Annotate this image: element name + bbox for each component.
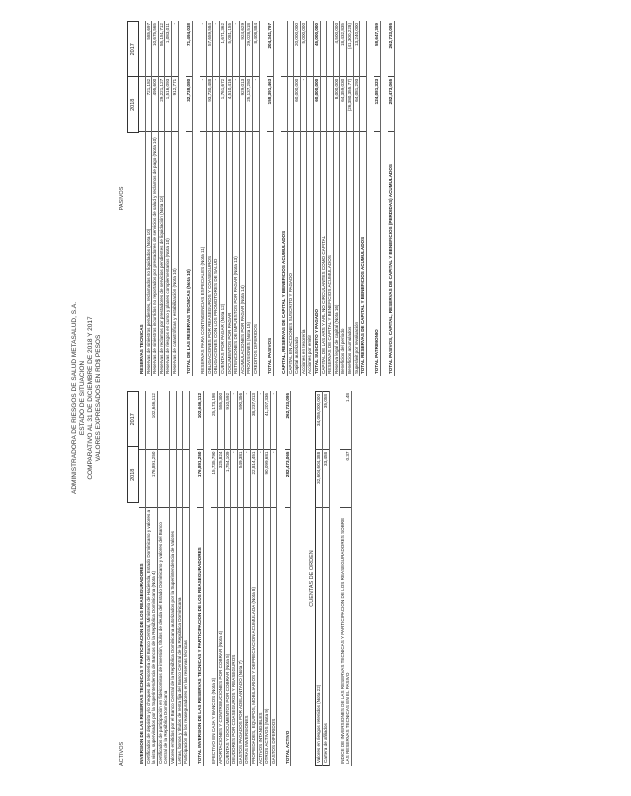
value-2017: - [257,391,264,449]
row-label: TOTAL INVERSION DE LAS RESERVAS TECNICAS… [197,507,203,766]
value-2017 [182,391,189,449]
table-row: OBLIGACIONES POR REASEGUROS Y COASEGUROS… [206,21,213,376]
total-reservas-row: TOTAL DE LAS RESERVAS TECNICAS (Nota 10)… [186,21,192,376]
value-2018: - [232,76,239,131]
indice-row: INDICE DE INVERSIONES DE LAS RESERVAS TE… [339,391,351,766]
row-label: CAPITAL EN ACCIONES SUSCRITO Y PAGADO [287,132,294,376]
value-2017: 45,000,000 [313,21,320,76]
row-label: Beneficios acumulados [346,132,353,376]
value-2017: - [230,391,237,449]
table-row: ACTIVOS INTANGIBLES-- [257,391,264,766]
value-2018: - [200,76,206,131]
table-row: Capital autorizado60,000,00020,000,000 [293,21,300,376]
value-2017: 555,300 [217,391,224,449]
row-label: Reservas de siniestros incurridos no rep… [151,132,158,376]
row-label: TOTAL ACTIVO [284,507,290,766]
value-2017: 262,733,095 [284,391,290,449]
year-2018: 2018 [128,78,138,133]
table-row: TOTAL SUSCRITO Y PAGADO60,000,00045,000,… [313,21,320,376]
value-2018: (26,380,355.77) [346,76,353,131]
capital-heading: CAPITAL, RESERVAS DE CAPITAL Y BENEFICIO… [281,21,287,376]
statement-period: COMPARATIVO AL 31 DE DICIEMBRE DE 2018 Y… [87,0,95,796]
value-2017 [320,21,327,76]
row-label: EFECTIVO EN CAJA Y BANCOS (Nota 3) [211,507,217,766]
row-label: CREDITOS DIFERIDOS [252,132,259,376]
row-label: Acciones en tesorería [300,132,307,376]
row-label: INDICE DE INVERSIONES DE LAS RESERVAS TE… [339,507,351,766]
assets-table: INVERSION DE LAS RESERVAS TECNICAS Y PAR… [139,391,291,766]
value-2017: 910,592 [224,391,231,449]
row-label: Superávit por revaluación [353,132,360,376]
value-2017 [169,391,176,449]
table-row: Beneficios del período64,359,03018,432,8… [339,21,346,376]
table-row: CREDITOS DIFERIDOS-8,408,884 [252,21,259,376]
table-row: Reservas de reclamos por prestadores de … [158,21,165,376]
row-label: RETENCIONES DE IMPUESTOS POR PAGAR (Nota… [232,132,239,376]
total-activo-row: TOTAL ACTIVO282,473,065262,733,095 [284,391,290,766]
row-label: CUENTAS POR PAGAR (Nota 12) [219,132,226,376]
row-label: PROVISIONES (Nota 15) [245,132,252,376]
value-2017: 1,083,011 [164,21,171,76]
value-2017 [281,21,287,76]
table-row: GASTOS DIFERIDOS-- [270,391,277,766]
value-2017: - [243,391,250,449]
value-2017: 590,356 [237,391,244,449]
table-row: OBLIGACIONES CON LOS PROMOTORES DE SALUD… [212,21,219,376]
value-2018: 0.37 [339,449,351,507]
row-label: Cartera de afiliados [322,507,329,765]
table-row: Reserva legal de capital (Nota 16)8,000,… [333,21,340,376]
value-2018 [326,76,333,131]
table-row: OTROS ACTIVOS (Nota 9)90,099,68141,207,3… [263,391,270,766]
value-2018: 33,458 [322,449,329,507]
value-2017: 585,697 [145,21,152,76]
total-patrimonio-row: TOTAL PATRIMONIO124,081,32358,647,359 [374,21,380,376]
value-2018: 90,099,681 [263,449,270,507]
value-2017: 5,081,155 [226,21,233,76]
value-2017: 38,237,013 [250,391,257,449]
row-label: Reserva legal de capital (Nota 16) [333,132,340,376]
total-pasivos-row: TOTAL PASIVOS158,391,463204,341,797 [267,21,273,376]
indice-table: INDICE DE INVERSIONES DE LAS RESERVAS TE… [339,391,351,766]
value-2018: 32,604,604,388 [315,449,322,507]
value-2018: - [243,449,250,507]
table-row: GASTOS PAGADOS POR ADELANTADO (Nota 7)54… [237,391,244,766]
value-2018 [281,76,287,131]
value-2017: 25,173,198 [211,391,217,449]
liabilities-column: PASIVOS 2018 2017 RESERVAS TECNICASReser… [119,21,395,376]
value-2018: - [257,449,264,507]
assets-title: ACTIVOS [119,391,125,766]
table-row: RESERVAS PARA CONTINGENCIAS ESPECIALES (… [200,21,206,376]
row-label: CAPITAL, RESERVAS DE CAPITAL Y BENEFICIO… [281,132,287,376]
value-2018 [287,76,294,131]
table-row: RETENCIONES DE IMPUESTOS POR PAGAR (Nota… [232,21,239,376]
value-2018: 282,473,065 [388,76,394,131]
value-2017: 4,500,000 [333,21,340,76]
row-label: OTROS ACTIVOS (Nota 9) [263,507,270,766]
value-2017: 71,494,038 [186,21,192,76]
table-row: DEUDORES POR COASEGUROS Y REASEGUROS-- [230,391,237,766]
value-2018 [139,76,145,131]
value-2018 [169,449,176,507]
value-2017: - [270,391,277,449]
grand-total-row: TOTAL PASIVOS, CAPITAL, RESERVAS DE CAPI… [388,21,394,376]
value-2018: 4,510,416 [226,76,233,131]
value-2018: 60,000,000 [293,76,300,131]
value-2017: - [200,21,206,76]
value-2017: 13,240,000 [353,21,360,76]
value-2017: 41,207,336 [263,391,270,449]
value-2017: 10,675,565 [151,21,158,76]
row-label: RESERVAS DE CAPITAL Y BENEFICIOS ACUMULA… [326,132,333,376]
value-2017: - [171,21,178,76]
section-heading: RESERVAS TECNICAS [139,21,145,376]
table-row: CUENTAS POR PAGAR (Nota 12)1,761,6721,67… [219,21,226,376]
table-row: CAPITAL EN ACCIONES SUSCRITO Y PAGADO [287,21,294,376]
value-2017 [326,21,333,76]
cuentas-orden-table: Valores en riesgos retenidos (Nota 22)32… [315,391,329,766]
row-label: TOTAL RESERVAS DE CAPITAL Y BENEFICIOS A… [359,132,366,376]
value-2018 [306,76,313,131]
value-2018: - [230,449,237,507]
value-2018 [320,76,327,131]
value-2017 [139,391,145,449]
value-2017 [139,21,145,76]
table-row: Valores emitidos por el Banco Central de… [169,391,176,766]
row-label: TOTAL SUSCRITO Y PAGADO [313,132,320,376]
table-row: RESERVAS DE CAPITAL Y BENEFICIOS ACUMULA… [326,21,333,376]
row-label: Participación de los reaseguradores en l… [182,507,189,766]
row-label: GASTOS PAGADOS POR ADELANTADO (Nota 7) [237,507,244,766]
value-2017: 34,055,000,000 [315,392,322,450]
value-2017: - [212,21,219,76]
value-2017: - [232,21,239,76]
value-2018 [139,449,145,507]
row-label: DOCUMENTOS POR PAGAR [226,132,233,376]
row-label: TOTAL PASIVOS [267,132,273,376]
value-2018: 721,182 [145,76,152,131]
table-row: Cartera de afiliados33,45835,058 [322,392,329,766]
table-row: Reservas de siniestros pendientes, recla… [145,21,152,376]
value-2017: 20,000,000 [293,21,300,76]
year-2018: 2018 [128,448,138,503]
company-name: ADMINISTRADORA DE RIESGOS DE SALUD METAS… [71,0,79,796]
value-2018: 176,891,250 [197,449,203,507]
table-row: Acciones por emitir [306,21,313,376]
row-label: OBLIGACIONES CON LOS PROMOTORES DE SALUD [212,132,219,376]
table-row: ACUMULACIONES POR PAGAR (Nota 14)929,013… [239,21,246,376]
row-label: APORTACIONES Y CONTRIBUCIONES POR COBRAR… [217,507,224,766]
value-2017: 18,432,835 [339,21,346,76]
value-2017: 29,028,518 [245,21,252,76]
value-2018: 8,000,000 [333,76,340,131]
row-label: GASTOS DIFERIDOS [270,507,277,766]
row-label: OBLIGACIONES POR REASEGUROS Y COASEGUROS [206,132,213,376]
value-2018: 93,730,488 [206,76,213,131]
value-2017: 1,671,362 [219,21,226,76]
table-row: CUENTAS Y DOCUMENTOS POR COBRAR (Nota 5)… [224,391,231,766]
liabilities-table: RESERVAS TECNICASReservas de siniestros … [139,21,395,376]
table-row: Beneficios acumulados(26,380,355.77)(41,… [346,21,353,376]
value-2017: 102,646,112 [197,391,203,449]
row-label: CAPITAL DE LAS ARS Y ARL NO CIRCULANTES … [320,132,327,376]
row-label: Beneficios del período [339,132,346,376]
year-2017: 2017 [128,392,138,448]
value-2018: 32,738,080 [186,76,192,131]
row-label: RESERVAS TECNICAS [139,132,145,376]
table-row: Reservas de riesgos en curso y planes co… [164,21,171,376]
row-label: Valores en riesgos retenidos (Nota 22) [315,507,322,765]
table-row: Reservas de siniestros incurridos no rep… [151,21,158,376]
value-2018: 1,754,109 [224,449,231,507]
value-2017: 1.48 [339,391,351,449]
table-row: APORTACIONES Y CONTRIBUCIONES POR COBRAR… [217,391,224,766]
value-2018: 158,391,463 [267,76,273,131]
value-2018: 176,891,250 [145,449,157,507]
cuentas-orden-title: CUENTAS DE ORDEN [309,391,315,766]
row-label: Acciones por emitir [306,132,313,376]
liabilities-year-header: 2018 2017 [127,21,139,133]
value-2018: 64,081,293 [353,76,360,131]
value-2018 [176,449,183,507]
value-2017 [176,391,183,449]
row-label: Letras, bonos y títulos de renta fija de… [176,507,183,766]
value-2018 [182,449,189,507]
section-heading: INVERSION DE LAS RESERVAS TECNICAS Y PAR… [139,391,145,766]
table-row: PROVISIONES (Nota 15)25,137,28029,028,51… [245,21,252,376]
value-2018: 60,000,000 [313,76,320,131]
value-2017 [306,21,313,76]
row-label: TOTAL DE LAS RESERVAS TECNICAS (Nota 10) [186,132,192,376]
row-label: Reservas de catastróficas y estabilizaci… [171,132,178,376]
value-2018 [157,449,169,507]
row-label: Certificados de participación en fideico… [157,507,169,766]
table-row: TOTAL RESERVAS DE CAPITAL Y BENEFICIOS A… [359,21,366,376]
row-label: Valores emitidos por el Banco Central de… [169,507,176,766]
row-label: PROPIEDADES, EQUIPOS, MOBILIARIOS Y DEPR… [250,507,257,766]
table-row: Superávit por revaluación64,081,29313,24… [353,21,360,376]
value-2018: 15,735,790 [211,449,217,507]
value-2018: 325,824 [217,449,224,507]
row-label: INVERSION DE LAS RESERVAS TECNICAS Y PAR… [139,507,145,766]
table-row: Participación de los reaseguradores en l… [182,391,189,766]
row-label: Reservas de reclamos por prestadores de … [158,132,165,376]
table-row: DOCUMENTOS POR PAGAR4,510,4165,081,155 [226,21,233,376]
value-2017: 102,646,112 [145,391,157,449]
table-row: CAPITAL DE LAS ARS Y ARL NO CIRCULANTES … [320,21,327,376]
value-2017: 5,000,000 [300,21,307,76]
total-inversion-row: TOTAL INVERSION DE LAS RESERVAS TECNICAS… [197,391,203,766]
table-row: Certificados de participación en fideico… [157,391,169,766]
rotated-balance-sheet-page: ADMINISTRADORA DE RIESGOS DE SALUD METAS… [1,0,631,796]
row-label: ACTIVOS INTANGIBLES [257,507,264,766]
value-2018: 929,013 [239,76,246,131]
row-label: DEUDORES POR COASEGUROS Y REASEGUROS [230,507,237,766]
table-row: Letras, bonos y títulos de renta fija de… [176,391,183,766]
row-label: Certificados de depósito y/o cheques de … [145,507,157,766]
value-2018: 1,516,093 [164,76,171,131]
table-row: Valores en riesgos retenidos (Nota 22)32… [315,392,322,766]
value-2018: - [252,76,259,131]
row-label: Reservas de siniestros pendientes, recla… [145,132,152,376]
table-row: OTRAS INVERSIONES-- [243,391,250,766]
row-label: Capital autorizado [293,132,300,376]
value-2018: 549,381 [237,449,244,507]
row-label: TOTAL PASIVOS, CAPITAL, RESERVAS DE CAPI… [388,132,394,376]
assets-year-header: 2018 2017 [127,391,139,503]
value-2017: 35,058 [322,392,329,450]
value-2018: - [270,449,277,507]
value-2018: 25,137,280 [245,76,252,131]
value-2017 [287,21,294,76]
value-2017: 204,341,797 [267,21,273,76]
value-2018: 124,081,323 [374,76,380,131]
value-2018: 29,221,127 [158,76,165,131]
value-2017: 924,629 [239,21,246,76]
value-2018 [359,76,366,131]
value-2018: 22,814,451 [250,449,257,507]
row-label: CUENTAS Y DOCUMENTOS POR COBRAR (Nota 5) [224,507,231,766]
value-2018: 1,761,672 [219,76,226,131]
value-2018: 912,771 [171,76,178,131]
row-label: ACUMULACIONES POR PAGAR (Nota 14) [239,132,246,376]
value-2017: (41,300,228) [346,21,353,76]
row-label: TOTAL PATRIMONIO [374,132,380,376]
table-row: EFECTIVO EN CAJA Y BANCOS (Nota 3)15,735… [211,391,217,766]
currency-note: VALORES EXPRESADOS EN RD$ PESOS [95,0,103,796]
value-2017: 58,647,359 [374,21,380,76]
year-2017: 2017 [128,22,138,78]
value-2017 [157,391,169,449]
value-2017: 262,733,095 [388,21,394,76]
value-2018: 495,600 [151,76,158,131]
table-row: Certificados de depósito y/o cheques de … [145,391,157,766]
value-2018: 282,473,065 [284,449,290,507]
value-2018: 64,359,030 [339,76,346,131]
statement-header: ADMINISTRADORA DE RIESGOS DE SALUD METAS… [71,0,103,796]
assets-column: ACTIVOS 2018 2017 INVERSION DE LAS RESER… [119,391,352,766]
table-row: Acciones en tesorería-5,000,000 [300,21,307,376]
value-2018: - [300,76,307,131]
row-label: OTRAS INVERSIONES [243,507,250,766]
table-row: PROPIEDADES, EQUIPOS, MOBILIARIOS Y DEPR… [250,391,257,766]
value-2017: 8,408,884 [252,21,259,76]
row-label: Reservas de riesgos en curso y planes co… [164,132,171,376]
value-2017: 57,659,584 [206,21,213,76]
liabilities-title: PASIVOS [119,21,125,376]
statement-name: ESTADO DE SITUACION [79,0,87,796]
value-2017: 55,151,712 [158,21,165,76]
table-row: Reservas de catastróficas y estabilizaci… [171,21,178,376]
row-label: RESERVAS PARA CONTINGENCIAS ESPECIALES (… [200,132,206,376]
value-2017 [359,21,366,76]
value-2018: - [212,76,219,131]
